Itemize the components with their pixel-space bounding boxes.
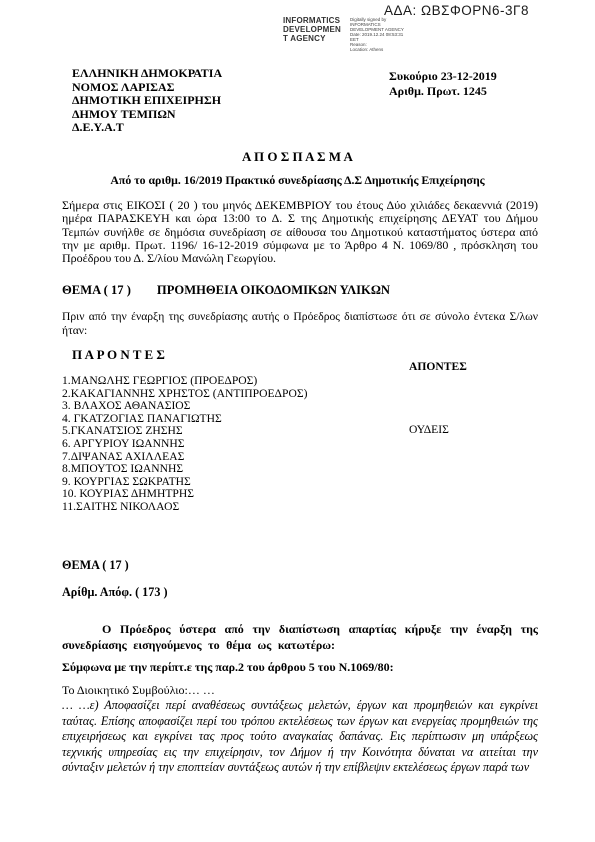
authority-line: Δ.Ε.Υ.Α.Τ	[72, 121, 222, 135]
document-title: Α Π Ο Σ Π Α Σ Μ Α	[0, 149, 595, 165]
absent-value: ΟΥΔΕΙΣ	[409, 423, 449, 436]
stamp-agency-name: INFORMATICS DEVELOPMEN T AGENCY	[283, 16, 345, 52]
stamp-agency-line: T AGENCY	[283, 34, 345, 43]
law-excerpt-paragraph: … …ε) Αποφασίζει περί αναθέσεως συντάξεω…	[62, 698, 538, 776]
legal-basis-line: Σύμφωνα με την περίπτ.ε της παρ.2 του άρ…	[62, 660, 394, 675]
quorum-paragraph: Πριν από την έναρξη της συνεδρίασης αυτή…	[62, 310, 538, 337]
authority-line: ΕΛΛΗΝΙΚΗ ΔΗΜΟΚΡΑΤΙΑ	[72, 67, 222, 81]
stamp-signature-line: Location: Athens	[350, 47, 404, 52]
authority-line: ΔΗΜΟΤΙΚΗ ΕΠΙΧΕΙΡΗΣΗ	[72, 94, 222, 108]
stamp-agency-line: DEVELOPMEN	[283, 25, 345, 34]
decision-topic-label: ΘΕΜΑ ( 17 )	[62, 558, 129, 573]
ada-code: ΑΔΑ: ΩΒΣΦΟΡΝ6-3Γ8	[384, 3, 529, 18]
stamp-agency-line: INFORMATICS	[283, 16, 345, 25]
present-member: 6. ΑΡΓΥΡΙΟΥ ΙΩΑΝΝΗΣ	[62, 438, 307, 451]
topic-heading: ΘΕΜΑ ( 17 )ΠΡΟΜΗΘΕΙΑ ΟΙΚΟΔΟΜΙΚΩΝ ΥΛΙΚΩΝ	[62, 283, 390, 298]
place-date: Συκούριο 23-12-2019	[389, 69, 497, 84]
letterhead-meta: Συκούριο 23-12-2019 Αριθμ. Πρωτ. 1245	[389, 69, 497, 99]
present-heading: Π Α Ρ Ο Ν Τ Ε Σ	[72, 347, 165, 363]
stamp-signature-details: Digitally signed by INFORMATICS DEVELOPM…	[350, 16, 404, 52]
topic-label: ΘΕΜΑ ( 17 )	[62, 283, 131, 297]
intro-paragraph: Σήμερα στις ΕΙΚΟΣΙ ( 20 ) του μηνός ΔΕΚΕ…	[62, 199, 538, 265]
authority-line: ΔΗΜΟΥ ΤΕΜΠΩΝ	[72, 108, 222, 122]
decision-number: Αρίθμ. Απόφ. ( 173 )	[62, 585, 168, 600]
document-subtitle: Από το αριθμ. 16/2019 Πρακτικό συνεδρίασ…	[0, 173, 595, 188]
board-line: Το Διοικητικό Συμβούλιο:… …	[62, 683, 215, 698]
present-member: 1.ΜΑΝΩΛΗΣ ΓΕΩΡΓΙΟΣ (ΠΡΟΕΔΡΟΣ)	[62, 375, 307, 388]
authority-line: ΝΟΜΟΣ ΛΑΡΙΣΑΣ	[72, 81, 222, 95]
protocol-number: Αριθμ. Πρωτ. 1245	[389, 84, 497, 99]
decision-opening-paragraph: Ο Πρόεδρος ύστερα από την διαπίστωση απα…	[62, 621, 538, 653]
absent-heading: ΑΠΟΝΤΕΣ	[409, 360, 467, 373]
present-member: 3. ΒΛΑΧΟΣ ΑΘΑΝΑΣΙΟΣ	[62, 400, 307, 413]
letterhead-authority: ΕΛΛΗΝΙΚΗ ΔΗΜΟΚΡΑΤΙΑ ΝΟΜΟΣ ΛΑΡΙΣΑΣ ΔΗΜΟΤΙ…	[72, 67, 222, 135]
present-members-list: 1.ΜΑΝΩΛΗΣ ΓΕΩΡΓΙΟΣ (ΠΡΟΕΔΡΟΣ) 2.ΚΑΚΑΓΙΑΝ…	[62, 375, 307, 514]
document-page: ΑΔΑ: ΩΒΣΦΟΡΝ6-3Γ8 INFORMATICS DEVELOPMEN…	[0, 0, 595, 842]
present-member: 8.ΜΠΟΥΤΟΣ ΙΩΑΝΝΗΣ	[62, 463, 307, 476]
present-member: 11.ΣΑΙΤΗΣ ΝΙΚΟΛΑΟΣ	[62, 501, 307, 514]
topic-title: ΠΡΟΜΗΘΕΙΑ ΟΙΚΟΔΟΜΙΚΩΝ ΥΛΙΚΩΝ	[157, 283, 390, 297]
digital-signature-stamp: INFORMATICS DEVELOPMEN T AGENCY Digitall…	[283, 16, 404, 52]
